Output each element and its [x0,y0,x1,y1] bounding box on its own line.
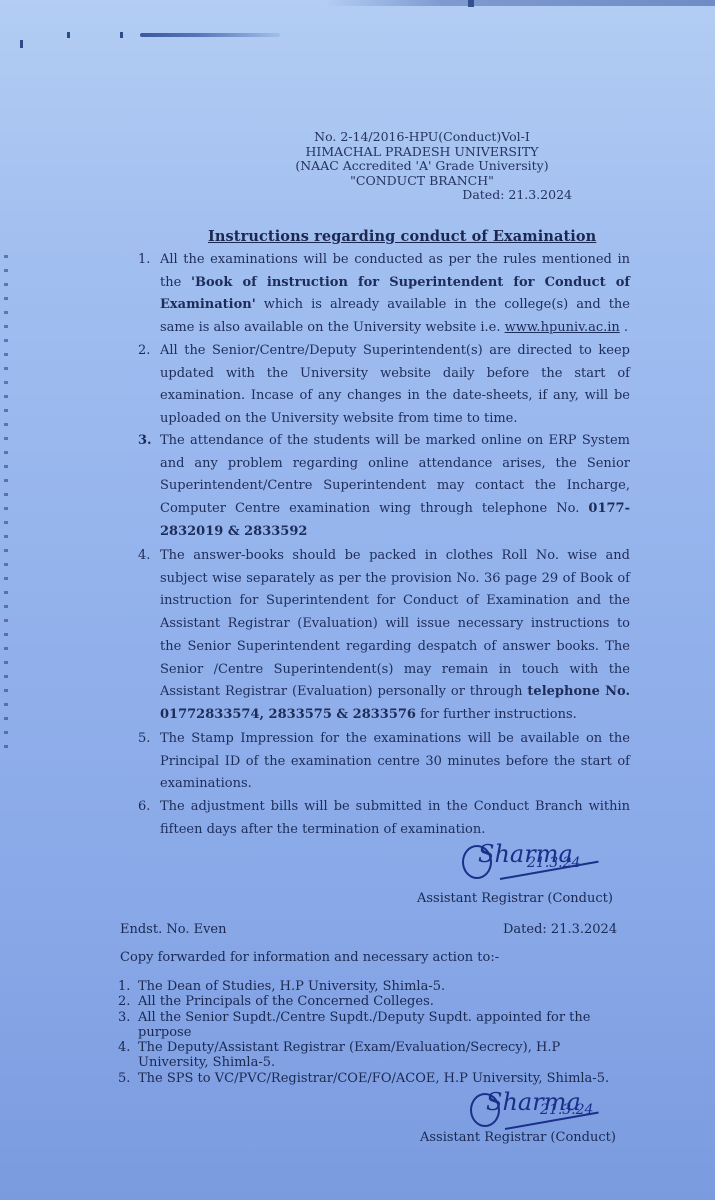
instruction-item-5: 5. The Stamp Impression for the examinat… [160,728,630,796]
copy-to-item: 4.The Deputy/Assistant Registrar (Exam/E… [118,1040,618,1071]
signatory-designation: Assistant Registrar (Conduct) [420,1130,616,1145]
instruction-item-3: 3. The attendance of the students will b… [160,430,630,544]
instruction-item-2: 2. All the Senior/Centre/Deputy Superint… [160,340,630,431]
item-number: 2. [138,340,150,363]
item-number: 1. [138,249,150,272]
item-number: 4. [118,1040,130,1055]
item-text: The answer-books should be packed in clo… [160,548,630,699]
item-number: 3. [118,1010,130,1025]
letter-header: No. 2-14/2016-HPU(Conduct)Vol-I HIMACHAL… [262,130,582,203]
copy-to-item: 5.The SPS to VC/PVC/Registrar/COE/FO/ACO… [118,1071,618,1086]
signature-date: 21.3.24 [527,855,580,871]
copy-forwarded-line: Copy forwarded for information and neces… [120,950,499,965]
accreditation: (NAAC Accredited 'A' Grade University) [262,159,582,174]
item-text: for further instructions. [416,707,577,722]
item-text: The Deputy/Assistant Registrar (Exam/Eva… [138,1040,560,1070]
item-text: The SPS to VC/PVC/Registrar/COE/FO/ACOE,… [138,1071,609,1086]
instruction-item-1: 1. All the examinations will be conducte… [160,249,630,340]
signatory-designation: Assistant Registrar (Conduct) [417,891,613,906]
item-text: The attendance of the students will be m… [160,433,630,516]
copy-to-item: 1.The Dean of Studies, H.P University, S… [118,979,618,994]
header-date: Dated: 21.3.2024 [262,188,582,203]
item-text: All the Senior/Centre/Deputy Superintend… [160,343,630,426]
item-number: 3. [138,430,152,453]
item-number: 4. [138,545,150,568]
item-number: 6. [138,796,150,819]
document-page: No. 2-14/2016-HPU(Conduct)Vol-I HIMACHAL… [0,0,715,1200]
website-link[interactable]: www.hpuniv.ac.in [505,320,620,335]
item-number: 5. [118,1071,130,1086]
item-text: All the Principals of the Concerned Coll… [138,994,434,1009]
item-number: 1. [118,979,130,994]
document-title: Instructions regarding conduct of Examin… [208,228,596,245]
instruction-item-6: 6. The adjustment bills will be submitte… [160,796,630,841]
reference-number: No. 2-14/2016-HPU(Conduct)Vol-I [262,130,582,145]
item-number: 5. [138,728,150,751]
copy-to-item: 3.All the Senior Supdt./Centre Supdt./De… [118,1010,618,1041]
item-text: The Stamp Impression for the examination… [160,731,630,791]
item-text: The adjustment bills will be submitted i… [160,799,630,837]
branch-name: "CONDUCT BRANCH" [262,174,582,189]
item-text: All the Senior Supdt./Centre Supdt./Depu… [138,1010,590,1040]
signature-date: 21.3.24 [540,1102,593,1118]
endorsement-number: Endst. No. Even [120,922,226,937]
copy-to-list: 1.The Dean of Studies, H.P University, S… [118,979,618,1086]
item-number: 2. [118,994,130,1009]
item-text: . [620,320,628,335]
endorsement-date: Dated: 21.3.2024 [503,922,617,937]
item-text: The Dean of Studies, H.P University, Shi… [138,979,445,994]
university-name: HIMACHAL PRADESH UNIVERSITY [262,145,582,160]
instruction-item-4: 4. The answer-books should be packed in … [160,545,630,727]
copy-to-item: 2.All the Principals of the Concerned Co… [118,994,618,1009]
